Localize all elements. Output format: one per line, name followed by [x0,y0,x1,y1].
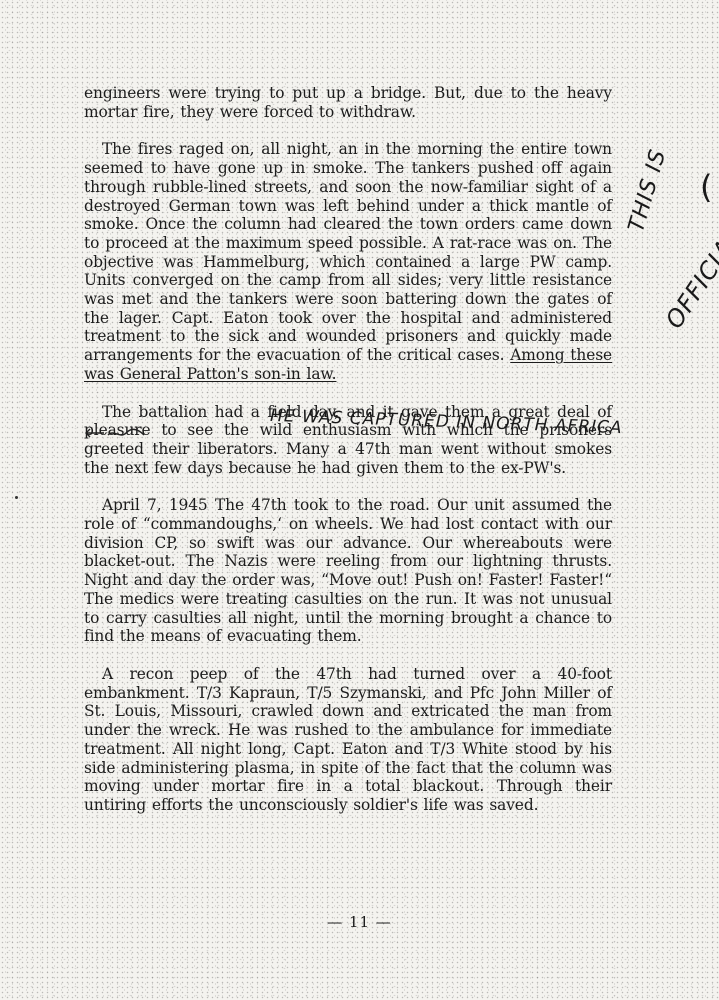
handwritten-margin-note-this-is: THIS IS [624,146,671,234]
paragraph-recon-peep: A recon peep of the 47th had turned over… [84,665,612,815]
handwritten-margin-paren: ( [700,168,713,206]
paragraph-bridge: engineers were trying to put up a bridge… [84,84,612,121]
paragraph-gap [84,646,612,665]
document-page: engineers were trying to put up a bridge… [84,84,612,815]
handwritten-margin-note-official: OFFICIAL [660,222,719,333]
paragraph-gap [84,121,612,140]
paragraph-hammelburg: The fires raged on, all night, an in the… [84,140,612,383]
paragraph-hammelburg-text: The fires raged on, all night, an in the… [84,140,612,364]
page-number: — 11 — [0,913,719,931]
handwritten-squiggle-mark [84,425,264,441]
scan-speck [15,496,18,499]
paragraph-gap [84,384,612,403]
paragraph-gap [84,477,612,496]
paragraph-april-7: April 7, 1945 The 47th took to the road.… [84,496,612,646]
